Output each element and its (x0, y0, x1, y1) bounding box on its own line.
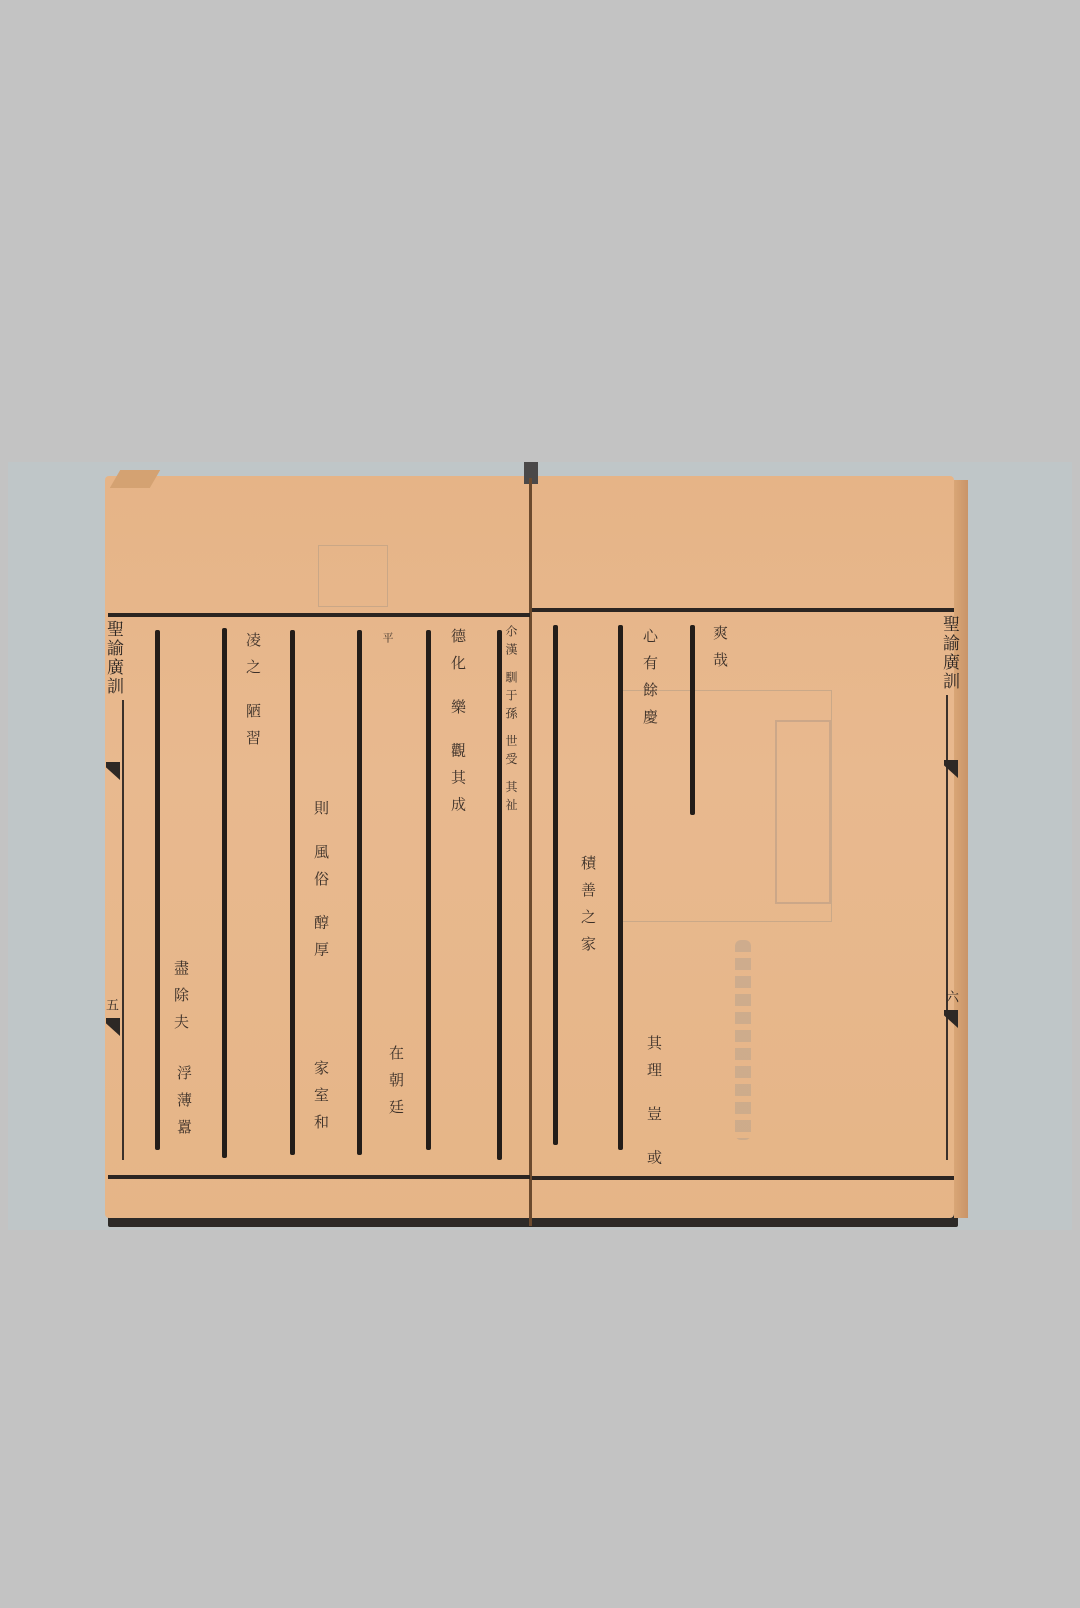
manchu-text-column (426, 630, 431, 1150)
chinese-annotation: 德化 樂 觀其成 (450, 628, 465, 824)
manchu-text-column (690, 625, 695, 815)
margin-rule (122, 700, 124, 1160)
left-leaf-number: 五 (104, 998, 117, 1013)
chinese-annotation: 心有餘慶 (642, 628, 657, 736)
left-margin-title: 聖諭廣訓 (104, 620, 121, 696)
small-seal-mark (672, 1108, 688, 1134)
manchu-text-column (155, 630, 160, 1150)
chinese-annotation: 家室和 (313, 1060, 328, 1141)
right-leaf-number: 六 (944, 990, 957, 1005)
chinese-annotation: 盡除夫 (173, 960, 188, 1041)
chinese-annotation: 凌之 陋習 (245, 632, 260, 757)
chinese-annotation: 浮薄囂 (176, 1065, 191, 1146)
manchu-text-column (618, 625, 623, 1150)
chinese-annotation: 在朝廷 (388, 1045, 403, 1126)
chinese-annotation: 積善之家 (580, 855, 595, 963)
chinese-annotation: 平 (382, 632, 393, 655)
show-through-box (318, 545, 388, 607)
chinese-annotation: 其理 豈 或 (646, 1035, 661, 1177)
chinese-annotation: 爽哉 (712, 625, 727, 679)
manchu-text-column (222, 628, 227, 1158)
right-margin-title: 聖諭廣訓 (940, 615, 957, 691)
manchu-text-column (553, 625, 558, 1145)
chinese-annotation: 則 風俗 醇厚 (313, 800, 328, 969)
manchu-text-column (290, 630, 295, 1155)
manchu-text-column (357, 630, 362, 1155)
page-edge-stack (954, 480, 968, 1218)
manchu-text-column (497, 630, 502, 1160)
chinese-annotation: 尒漢 馴于孫 世受 其祉 (505, 625, 517, 816)
